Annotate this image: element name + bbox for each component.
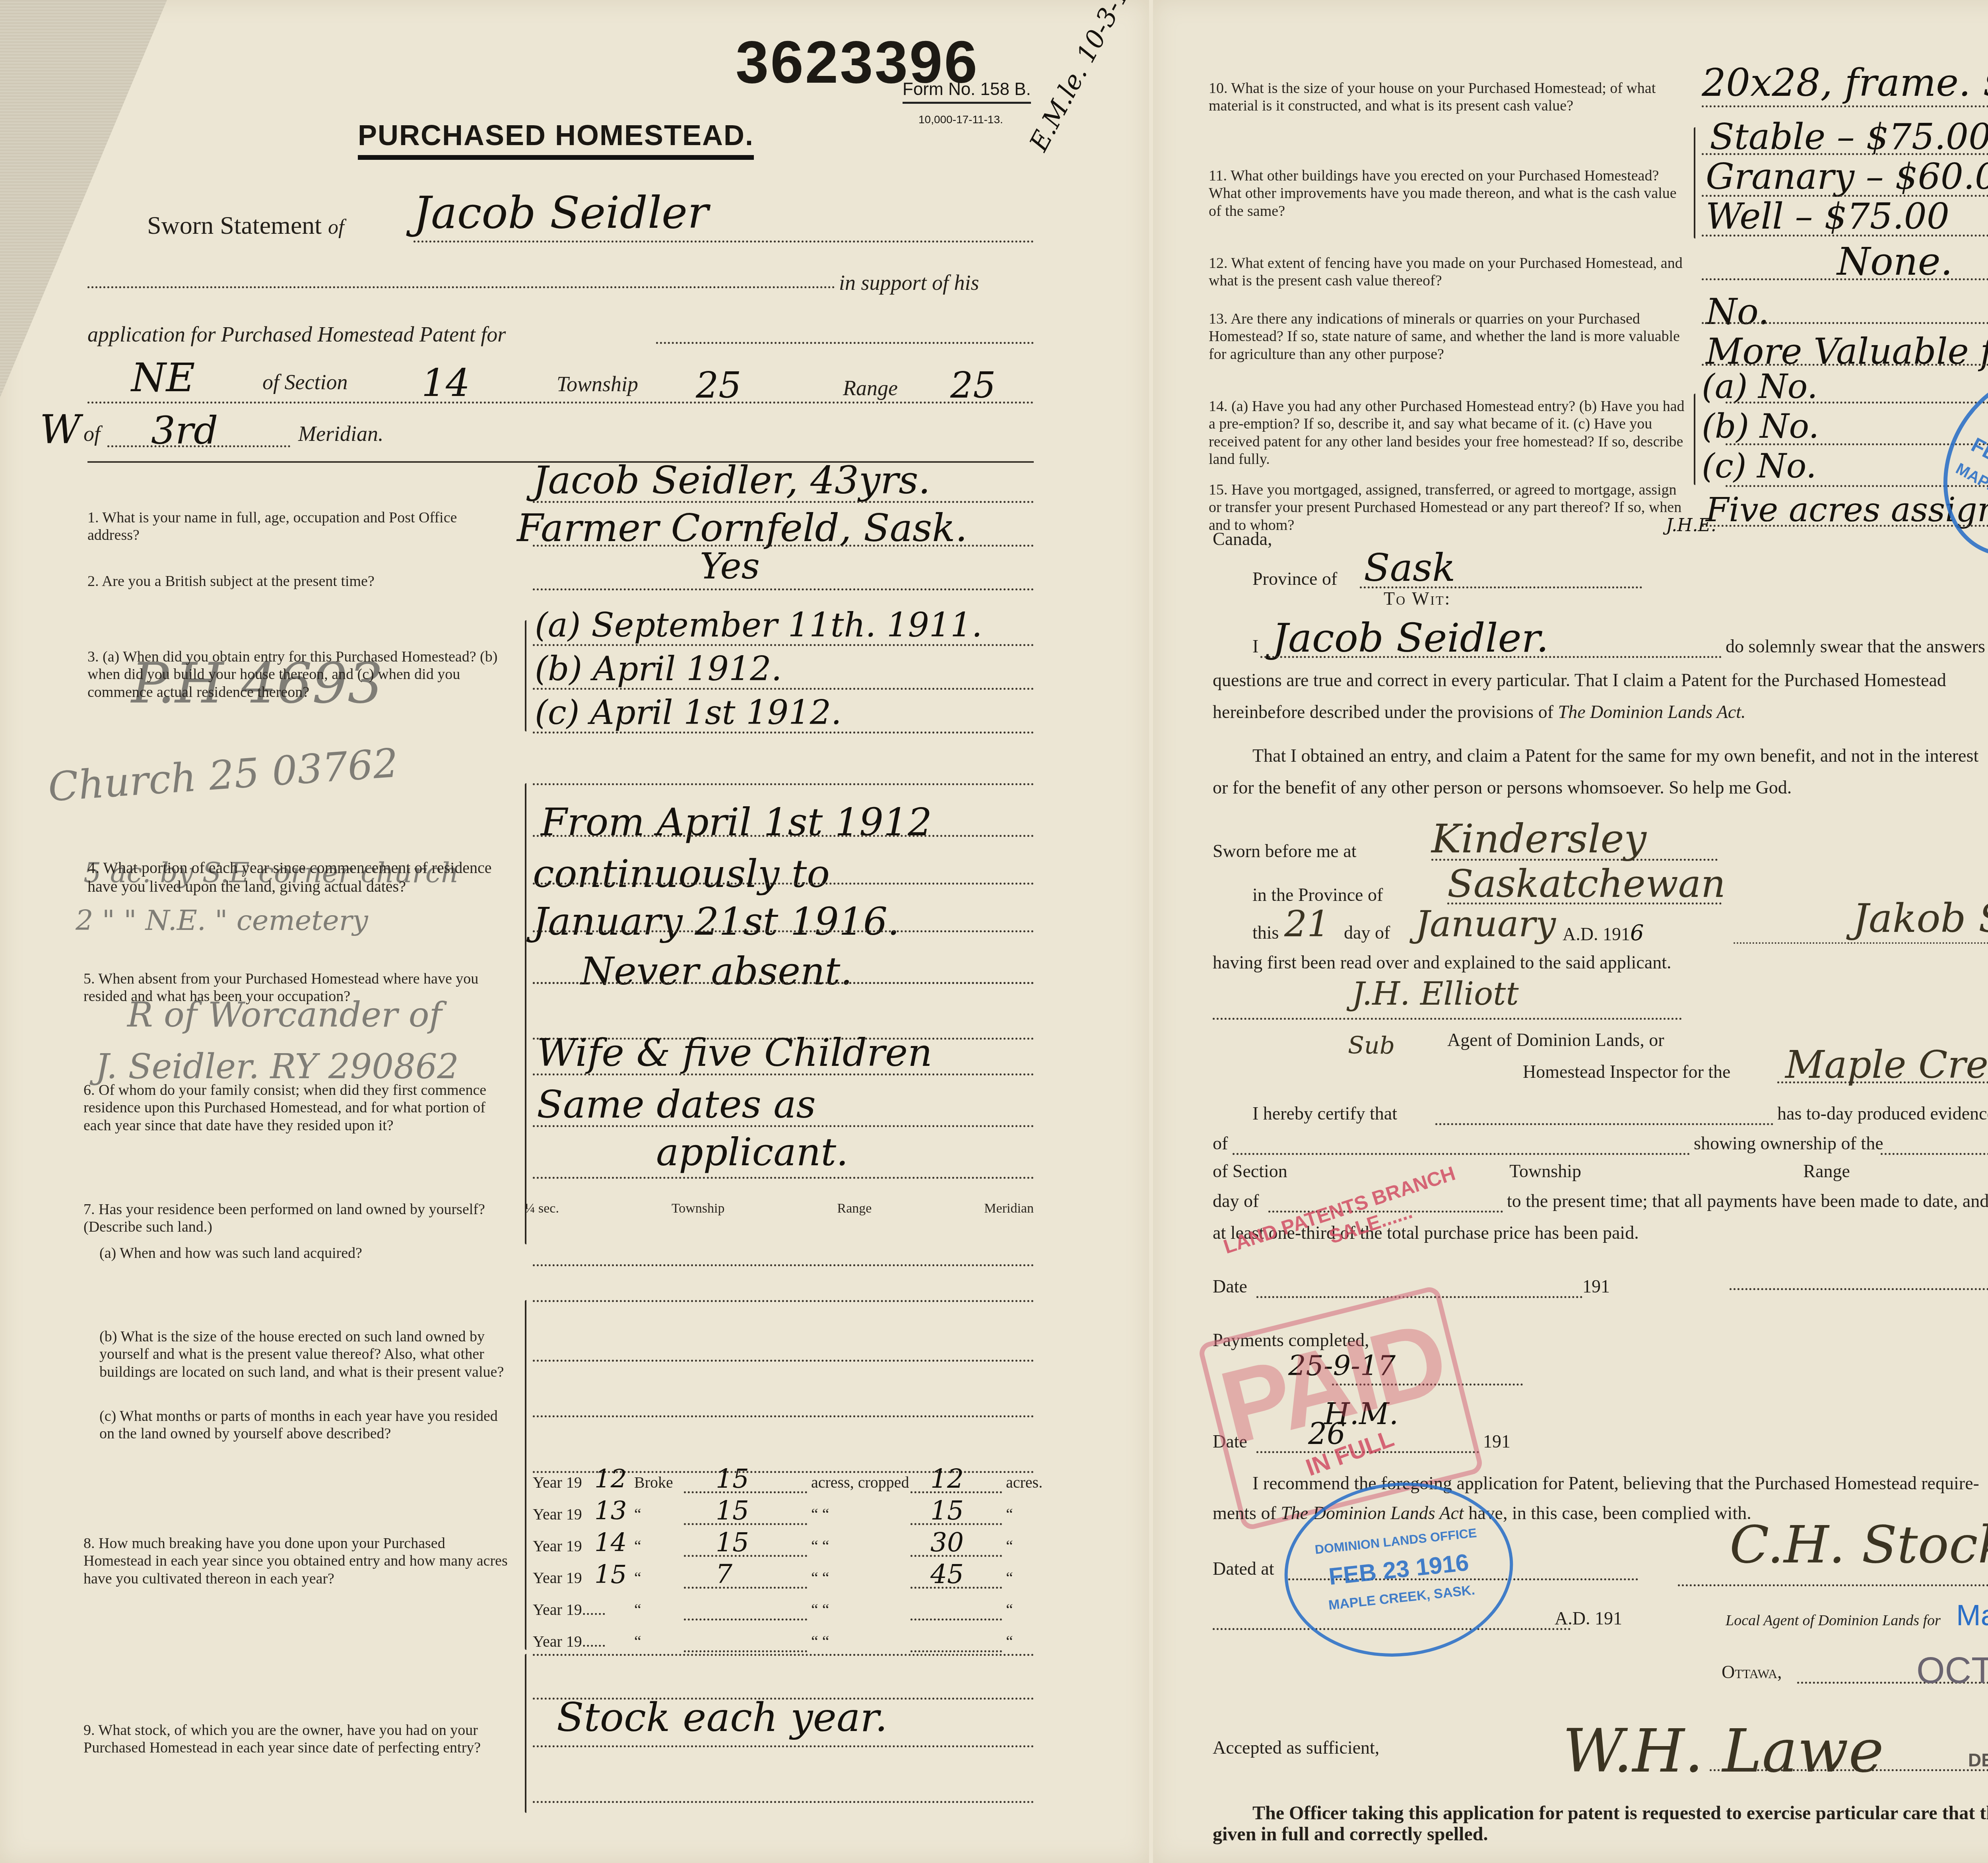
print-code: 10,000-17-11-13. (918, 113, 1003, 126)
answer-3c: (c) April 1st 1912. (535, 696, 842, 729)
province-value: Sask (1364, 549, 1455, 587)
range-value: 25 (950, 368, 996, 404)
margin-note-church: Church 25 03762 (47, 743, 400, 807)
sworn-day: 21 (1284, 906, 1330, 942)
question-14: 14. (a) Have you had any other Purchased… (1209, 398, 1686, 468)
this-label: this (1252, 922, 1279, 943)
question-8: 8. How much breaking have you done upon … (83, 1535, 509, 1587)
declarant-name: Jacob Seidler. (1272, 618, 1549, 658)
right-page: 10. What is the size of your house on yo… (1153, 0, 1988, 1863)
breaking-cropped-value: 12 (930, 1466, 964, 1492)
answer-10: 20x28, frame. $400.00 (1702, 64, 1988, 102)
answer-3b: (b) April 1912. (535, 652, 782, 685)
breaking-year-value: 12 (594, 1467, 627, 1492)
ottawa-label: Ottawa, (1722, 1662, 1782, 1683)
accepted-label: Accepted as sufficient, (1213, 1737, 1379, 1758)
recommend-ad-label: A.D. 191 (1555, 1608, 1622, 1629)
question-6: 6. Of whom do your family consist; when … (83, 1081, 509, 1134)
section-label: of Section (262, 370, 348, 394)
breaking-broke-value: 15 (716, 1529, 749, 1556)
swear-text-3: hereinbefore described under the provisi… (1213, 702, 1746, 723)
breaking-cropped-value: 15 (930, 1498, 964, 1524)
question-12: 12. What extent of fencing have you made… (1209, 254, 1686, 290)
question-10: 10. What is the size of your house on yo… (1209, 80, 1686, 115)
sworn-statement-label: Sworn Statement of (147, 211, 344, 240)
i-label: I (1252, 636, 1258, 657)
ad-label: A.D. 1916 (1563, 922, 1644, 945)
benefit-text-1: That I obtained an entry, and claim a Pa… (1252, 745, 1988, 767)
breaking-row: Year 1915“7“ “45“ (529, 1564, 1038, 1596)
applicant-name: Jacob Seidler (414, 191, 709, 235)
deputy-stamp: DEPUTY (1968, 1749, 1988, 1771)
breaking-year-value: 13 (594, 1498, 627, 1524)
form-number: Form No. 158 B. (903, 80, 1031, 104)
answer-2: Yes (700, 549, 760, 584)
township-value: 25 (696, 368, 742, 404)
dated-at-label: Dated at (1213, 1558, 1274, 1580)
answer-11-line-1: Stable – $75.00 (1710, 119, 1988, 155)
answer-11-line-2: Granary – $60.00 (1706, 159, 1988, 195)
margin-note-seidler: J. Seidler. RY 290862 (95, 1050, 459, 1084)
answer-6-line-3: applicant. (656, 1133, 848, 1171)
meridian-label: Meridian. (298, 421, 383, 446)
breaking-cropped-value: 30 (930, 1529, 964, 1556)
meridian-value: 3rd (151, 411, 218, 450)
question-2: 2. Are you a British subject at the pres… (87, 572, 509, 590)
breaking-row: Year 19......““ ““ (529, 1596, 1038, 1628)
sworn-month: January (1415, 906, 1556, 942)
document-title: PURCHASED HOMESTEAD. (358, 119, 754, 160)
day-of-label: day of (1344, 922, 1390, 943)
question-5: 5. When absent from your Purchased Homes… (83, 970, 509, 1005)
commissioner-signature: W.H. Lawe (1563, 1721, 1884, 1781)
answer-4-line-3: January 21st 1916. (533, 902, 900, 941)
province-of-label: in the Province of (1252, 885, 1383, 906)
question-4: 4. What portion of each year since comme… (87, 859, 509, 896)
question-11: 11. What other buildings have you erecte… (1209, 167, 1686, 220)
read-over-text: having first been read over and explaine… (1213, 952, 1671, 973)
payments-date-191: 191 (1483, 1431, 1510, 1452)
district-value: Maple Creek (1785, 1046, 1988, 1084)
margin-note-top: E.M.le. 10-3-16 (1026, 0, 1142, 155)
question-7: 7. Has your residence been performed on … (83, 1201, 509, 1236)
answer-14c: (c) No. (1702, 449, 1817, 483)
breaking-broke-value: 15 (716, 1498, 749, 1524)
applicant-signature: Jakob Seidler (1853, 899, 1988, 938)
province-label: Province of (1252, 569, 1337, 590)
answer-3a: (a) September 11th. 1911. (535, 608, 982, 642)
section-value: 14 (421, 364, 470, 402)
breaking-year-value: 15 (594, 1562, 627, 1587)
agent-label: Agent of Dominion Lands, or (1447, 1030, 1664, 1051)
agent-signature: C.H. Stockdale (1730, 1519, 1988, 1570)
breaking-year-label: Year 19 (533, 1568, 582, 1587)
answer-5: Never absent. (580, 952, 852, 990)
range-label: Range (843, 376, 898, 400)
to-wit-label: To Wit: (1384, 588, 1451, 609)
breaking-year-label: Year 19 (533, 1537, 582, 1555)
question-13: 13. Are there any indications of mineral… (1209, 310, 1686, 363)
question-9: 9. What stock, of which you are the owne… (83, 1721, 509, 1757)
meridian-of-label: of (83, 421, 100, 446)
margin-note-acres-2: 2 " " N.E. " cemetery (76, 906, 368, 934)
dominion-lands-stamp-feb8: DOMINION LANDS OFFICE FEB 8 1916 MAPLE C… (1912, 345, 1988, 585)
left-page: 3623396 Form No. 158 B. 10,000-17-11-13.… (0, 0, 1149, 1863)
answer-6-line-2: Same dates as (537, 1085, 816, 1124)
question-15: 15. Have you mortgaged, assigned, transf… (1209, 481, 1686, 534)
answer-13-line-1: No. (1706, 294, 1769, 330)
application-label: application for Purchased Homestead Pate… (87, 322, 506, 347)
question-7a: (a) When and how was such land acquired? (99, 1244, 509, 1262)
cert-line-4b: to the present time; that all payments h… (1507, 1191, 1988, 1212)
question-7b: (b) What is the size of the house erecte… (99, 1328, 509, 1381)
answer-1-line-1: Jacob Seidler, 43yrs. (533, 461, 930, 499)
cert-line-1b: has to-day produced evidence consisting (1777, 1103, 1988, 1124)
breaking-broke-value: 7 (716, 1561, 732, 1587)
sworn-place: Kindersley (1431, 819, 1646, 859)
swear-text-2: questions are true and correct in every … (1213, 670, 1988, 691)
west-prefix: W (40, 409, 81, 449)
breaking-year-label: Year 19 (533, 1505, 582, 1523)
cert-line-3: of Section Township Range Meridian, from… (1213, 1161, 1988, 1182)
cert-line-4a: day of (1213, 1191, 1259, 1212)
answer-6-line-1: Wife & five Children (537, 1034, 932, 1072)
agency-stamp: Maple Creek (1956, 1598, 1988, 1632)
breaking-cropped-value: 45 (930, 1561, 964, 1587)
answer-15-initials: J.H.E. (1666, 517, 1716, 534)
cert-line-2b: showing ownership of the (1694, 1133, 1883, 1154)
sworn-before-label: Sworn before me at (1213, 841, 1357, 862)
inspector-label: Homestead Inspector for the (1523, 1062, 1730, 1083)
question-3: 3. (a) When did you obtain entry for thi… (87, 648, 509, 701)
answer-14a: (a) No. (1702, 370, 1818, 403)
sub-prefix: Sub (1348, 1034, 1395, 1058)
breaking-broke-value: 15 (716, 1466, 749, 1492)
benefit-text-2: or for the benefit of any other person o… (1213, 777, 1988, 798)
official-signature: J.H. Elliott (1352, 978, 1519, 1010)
breaking-year-label: Year 19 (533, 1473, 582, 1492)
answer-9: Stock each year. (557, 1698, 887, 1737)
breaking-year-label: Year 19...... (533, 1600, 606, 1619)
answer-11-line-3: Well – $75.00 (1706, 199, 1949, 235)
in-support-label: in support of his (839, 270, 979, 295)
breaking-year-label: Year 19...... (533, 1632, 606, 1651)
local-agent-lands-label: Local Agent of Dominion Lands for (1726, 1612, 1941, 1630)
township-label: Township (557, 372, 638, 396)
cert-date-191: 191 (1582, 1276, 1610, 1297)
cert-line-2a: of (1213, 1133, 1228, 1154)
footer-notice: The Officer taking this application for … (1213, 1803, 1988, 1845)
cert-line-1a: I hereby certify that (1252, 1103, 1397, 1124)
breaking-year-value: 14 (594, 1530, 627, 1556)
question-7c: (c) What months or parts of months in ea… (99, 1407, 509, 1443)
answer-4-line-2: continuously to (533, 855, 830, 893)
answer-14b: (b) No. (1702, 409, 1819, 443)
ottawa-date-stamp: OCT 18 1917 (1916, 1650, 1988, 1692)
cert-date-label: Date (1213, 1276, 1247, 1297)
canada-label: Canada, (1213, 529, 1272, 550)
sworn-province: Saskatchewan (1447, 865, 1726, 903)
quarter-value: NE (131, 358, 195, 398)
land-description-row: ¼ sec. Township Range Meridian (525, 1201, 1034, 1217)
swear-text-1: do solemnly swear that the answers to th… (1726, 636, 1988, 657)
answer-12: None. (1837, 243, 1953, 281)
answer-1-line-2: Farmer Cornfeld, Sask. (517, 509, 967, 547)
question-1: 1. What is your name in full, age, occup… (87, 509, 509, 544)
